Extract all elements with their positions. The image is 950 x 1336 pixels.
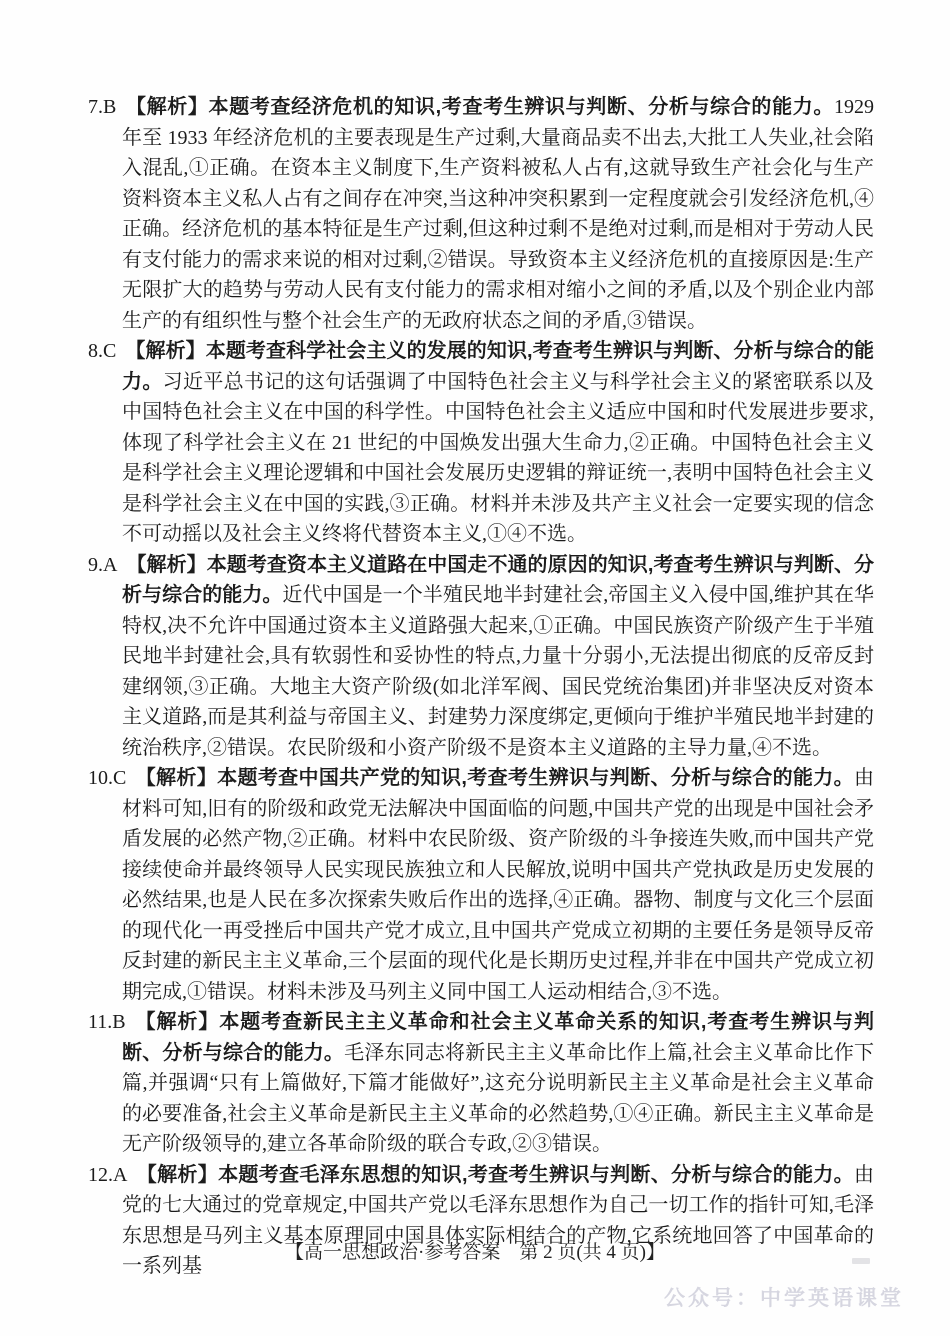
- answer-number: 10.C: [88, 767, 126, 789]
- analysis-heading: 【解析】本题考查毛泽东思想的知识,考查考生辨识与判断、分析与综合的能力。: [136, 1164, 854, 1186]
- page-footer: 【高一思想政治·参考答案 第 2 页(共 4 页)】: [0, 1240, 950, 1266]
- answer-item-8: 8.C【解析】本题考查科学社会主义的发展的知识,考查考生辨识与判断、分析与综合的…: [88, 336, 874, 550]
- answer-number: 9.A: [88, 554, 117, 576]
- watermark: 公众号：中学英语课堂: [664, 1282, 904, 1312]
- answer-item-10: 10.C【解析】本题考查中国共产党的知识,考查考生辨识与判断、分析与综合的能力。…: [88, 763, 874, 1007]
- answer-item-7: 7.B【解析】本题考查经济危机的知识,考查考生辨识与判断、分析与综合的能力。19…: [88, 92, 874, 336]
- page-footer-text: 【高一思想政治·参考答案 第 2 页(共 4 页)】: [285, 1242, 665, 1263]
- scan-artifact: [852, 1258, 870, 1264]
- answer-number: 12.A: [88, 1164, 127, 1186]
- analysis-body: 近代中国是一个半殖民地半封建社会,帝国主义入侵中国,维护其在华特权,决不允许中国…: [122, 584, 874, 759]
- answer-number: 11.B: [88, 1011, 126, 1033]
- analysis-body: 习近平总书记的这句话强调了中国特色社会主义与科学社会主义的紧密联系以及中国特色社…: [122, 371, 874, 546]
- answer-number: 8.C: [88, 340, 116, 362]
- analysis-heading: 【解析】本题考查中国共产党的知识,考查考生辨识与判断、分析与综合的能力。: [135, 767, 854, 789]
- answer-key-page: 7.B【解析】本题考查经济危机的知识,考查考生辨识与判断、分析与综合的能力。19…: [0, 0, 950, 1336]
- analysis-heading: 【解析】本题考查经济危机的知识,考查考生辨识与判断、分析与综合的能力。: [125, 96, 834, 118]
- answer-item-11: 11.B【解析】本题考查新民主主义革命和社会主义革命关系的知识,考查考生辨识与判…: [88, 1007, 874, 1160]
- answer-item-9: 9.A【解析】本题考查资本主义道路在中国走不通的原因的知识,考查考生辨识与判断、…: [88, 550, 874, 764]
- answer-number: 7.B: [88, 96, 116, 118]
- analysis-body: 1929 年至 1933 年经济危机的主要表现是生产过剩,大量商品卖不出去,大批…: [122, 96, 874, 332]
- analysis-body: 由材料可知,旧有的阶级和政党无法解决中国面临的问题,中国共产党的出现是中国社会矛…: [122, 767, 874, 1003]
- answers-list: 7.B【解析】本题考查经济危机的知识,考查考生辨识与判断、分析与综合的能力。19…: [88, 92, 874, 1282]
